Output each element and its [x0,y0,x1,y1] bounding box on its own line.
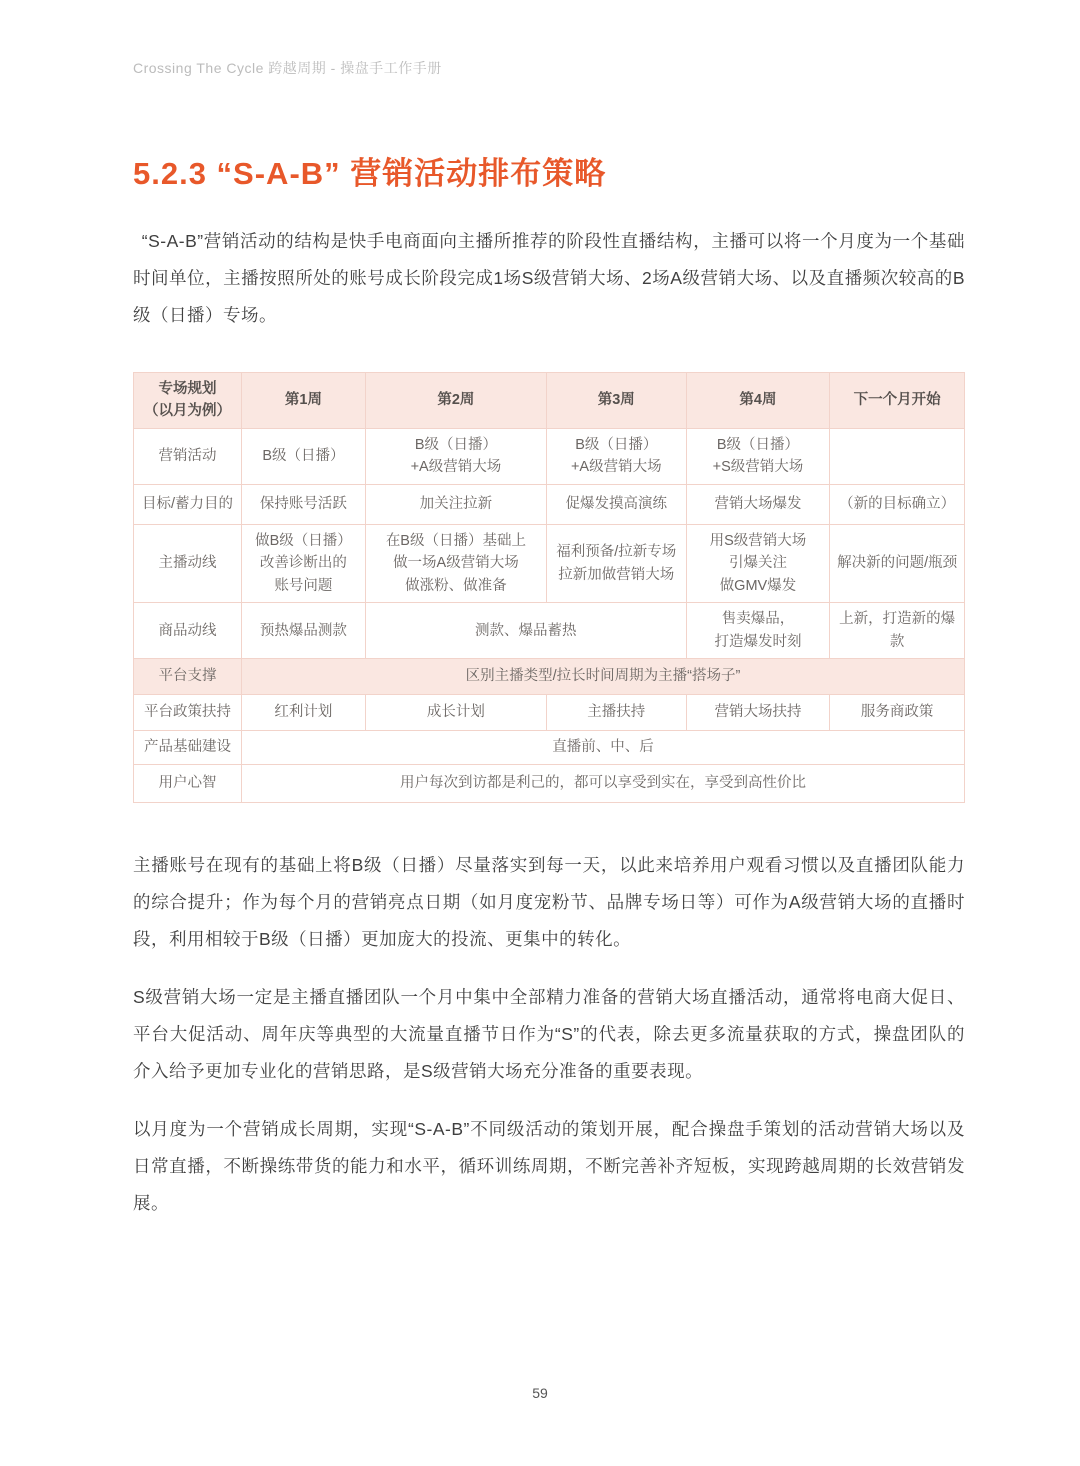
header-cell-week1: 第1周 [242,373,366,429]
intro-paragraph: “S-A-B”营销活动的结构是快手电商面向主播所推荐的阶段性直播结构，主播可以将… [133,223,965,334]
row-label-user-mindset: 用户心智 [134,765,242,803]
cell-product-next-month: 上新，打造新的爆款 [830,603,965,659]
table-row-goal: 目标/蓄力目的 保持账号活跃 加关注拉新 促爆发摸高演练 营销大场爆发 （新的目… [134,484,965,524]
doc-header: Crossing The Cycle 跨越周期 - 操盘手工作手册 [133,58,963,78]
header-cell-next-month: 下一个月开始 [830,373,965,429]
header-cell-week4: 第4周 [686,373,830,429]
row-label-anchor-path: 主播动线 [134,524,242,602]
cell-goal-week3: 促爆发摸高演练 [546,484,686,524]
document-page: Crossing The Cycle 跨越周期 - 操盘手工作手册 5.2.3 … [0,0,1080,1466]
table-row-product-path: 商品动线 预热爆品测款 测款、爆品蓄热 售卖爆品， 打造爆发时刻 上新，打造新的… [134,603,965,659]
cell-goal-week2: 加关注拉新 [365,484,546,524]
header-cell-week2: 第2周 [365,373,546,429]
row-label-infrastructure: 产品基础建设 [134,731,242,765]
cell-platform-support-span: 区别主播类型/拉长时间周期为主播“搭场子” [242,659,965,695]
table-row-marketing: 营销活动 B级（日播） B级（日播） +A级营销大场 B级（日播） +A级营销大… [134,428,965,484]
table-row-user-mindset: 用户心智 用户每次到访都是利己的，都可以享受到实在，享受到高性价比 [134,765,965,803]
cell-policy-week1: 红利计划 [242,695,366,731]
table-header-row: 专场规划 （以月为例） 第1周 第2周 第3周 第4周 下一个月开始 [134,373,965,429]
row-label-product-path: 商品动线 [134,603,242,659]
cell-policy-week2: 成长计划 [365,695,546,731]
cell-goal-week1: 保持账号活跃 [242,484,366,524]
cell-anchor-next-month: 解决新的问题/瓶颈 [830,524,965,602]
cell-goal-week4: 营销大场爆发 [686,484,830,524]
cell-product-week1: 预热爆品测款 [242,603,366,659]
cell-policy-week3: 主播扶持 [546,695,686,731]
cell-product-week2-3: 测款、爆品蓄热 [365,603,686,659]
cell-anchor-week2: 在B级（日播）基础上 做一场A级营销大场 做涨粉、做准备 [365,524,546,602]
cell-product-week4: 售卖爆品， 打造爆发时刻 [686,603,830,659]
cell-policy-next-month: 服务商政策 [830,695,965,731]
cell-marketing-week2: B级（日播） +A级营销大场 [365,428,546,484]
body-paragraph-1: 主播账号在现有的基础上将B级（日播）尽量落实到每一天，以此来培养用户观看习惯以及… [133,847,965,958]
header-cell-plan: 专场规划 （以月为例） [134,373,242,429]
sab-schedule-table: 专场规划 （以月为例） 第1周 第2周 第3周 第4周 下一个月开始 营销活动 … [133,372,965,803]
cell-marketing-next-month [830,428,965,484]
row-label-platform-support: 平台支撑 [134,659,242,695]
body-paragraph-2: S级营销大场一定是主播直播团队一个月中集中全部精力准备的营销大场直播活动，通常将… [133,979,965,1090]
cell-marketing-week1: B级（日播） [242,428,366,484]
cell-marketing-week4: B级（日播） +S级营销大场 [686,428,830,484]
row-label-marketing: 营销活动 [134,428,242,484]
row-label-goal: 目标/蓄力目的 [134,484,242,524]
table-row-platform-support: 平台支撑 区别主播类型/拉长时间周期为主播“搭场子” [134,659,965,695]
cell-infrastructure-span: 直播前、中、后 [242,731,965,765]
cell-marketing-week3: B级（日播） +A级营销大场 [546,428,686,484]
cell-policy-week4: 营销大场扶持 [686,695,830,731]
cell-anchor-week3: 福利预备/拉新专场 拉新加做营销大场 [546,524,686,602]
cell-anchor-week1: 做B级（日播） 改善诊断出的 账号问题 [242,524,366,602]
table-row-policy: 平台政策扶持 红利计划 成长计划 主播扶持 营销大场扶持 服务商政策 [134,695,965,731]
section-title: 5.2.3 “S-A-B” 营销活动排布策略 [133,148,963,193]
table-row-anchor-path: 主播动线 做B级（日播） 改善诊断出的 账号问题 在B级（日播）基础上 做一场A… [134,524,965,602]
header-cell-week3: 第3周 [546,373,686,429]
table-row-infrastructure: 产品基础建设 直播前、中、后 [134,731,965,765]
body-paragraph-3: 以月度为一个营销成长周期，实现“S-A-B”不同级活动的策划开展，配合操盘手策划… [133,1111,965,1222]
page-number: 59 [0,1385,1080,1401]
row-label-policy: 平台政策扶持 [134,695,242,731]
cell-goal-next-month: （新的目标确立） [830,484,965,524]
cell-user-mindset-span: 用户每次到访都是利己的，都可以享受到实在，享受到高性价比 [242,765,965,803]
cell-anchor-week4: 用S级营销大场 引爆关注 做GMV爆发 [686,524,830,602]
